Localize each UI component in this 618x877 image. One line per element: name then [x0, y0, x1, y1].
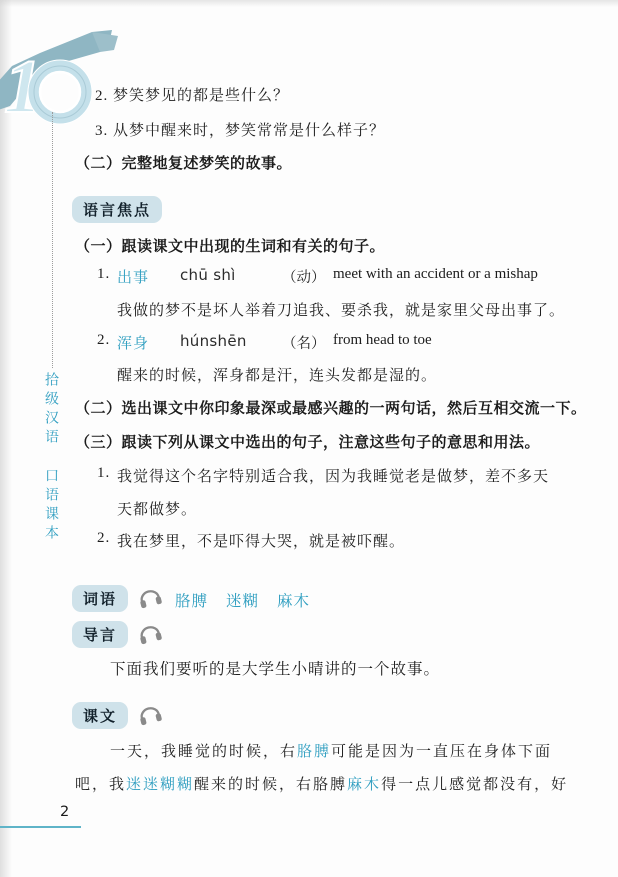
focus-sentence-1: 1. 我觉得这个名字特别适合我，因为我睡觉老是做梦，差不多天: [0, 465, 618, 487]
focus-part2-instruction: （二）选出课文中你印象最深或最感兴趣的一两句话，然后互相交流一下。: [75, 397, 587, 418]
scan-edge-left: [0, 0, 12, 877]
lesson-highlight-word: 胳膊: [297, 744, 331, 760]
focus-sentence-1-line-2: 天都做梦。: [117, 498, 197, 519]
focus-part3-instruction: （三）跟读下列从课文中选出的句子，注意这些句子的意思和用法。: [75, 431, 540, 452]
vocab-word: 出事: [117, 266, 149, 287]
sentence-line-1: 我觉得这个名字特别适合我，因为我睡觉老是做梦，差不多天: [117, 465, 549, 486]
series-name: 拾级汉语: [43, 372, 58, 448]
scan-edge-top: [0, 0, 618, 7]
section-badge-introduction: 导言: [72, 621, 128, 648]
vocab-number: 1.: [97, 266, 110, 283]
question-3: 3. 从梦中醒来时，梦笑常常是什么样子？: [95, 119, 385, 140]
chapter-number-graphic: 1: [0, 20, 124, 124]
lesson-text-segment: 醒来的时候，右胳膊: [194, 777, 347, 793]
vocab-english: meet with an accident or a mishap: [333, 266, 538, 283]
lesson-paragraph-line-1: 一天，我睡觉的时候，右胳膊可能是因为一直压在身体下面: [110, 740, 552, 761]
new-words-list: 胳膊 迷糊 麻木: [175, 589, 310, 611]
focus-sentence-2: 2. 我在梦里，不是吓得大哭，就是被吓醒。: [0, 530, 618, 552]
focus-part1-instruction: （一）跟读课文中出现的生词和有关的句子。: [75, 235, 385, 256]
lesson-paragraph-line-2: 吧，我迷迷糊糊醒来的时候，右胳膊麻木得一点儿感觉都没有，好: [75, 773, 568, 794]
vocab-entry-2: 2. 浑身 húnshēn （名） from head to toe: [0, 332, 618, 354]
audio-icon: [137, 704, 165, 731]
vocab-pinyin: chū shì: [180, 266, 236, 284]
footer-rule: [0, 826, 81, 828]
question-2: 2. 梦笑梦见的都是些什么？: [95, 84, 289, 105]
sentence-number: 2.: [97, 530, 110, 547]
vocab-example-1: 我做的梦不是坏人举着刀追我、要杀我，就是家里父母出事了。: [117, 299, 565, 320]
section-badge-language-focus: 语言焦点: [72, 196, 162, 223]
vocab-pos: （动）: [282, 266, 326, 287]
vocab-pos: （名）: [282, 332, 326, 353]
vocab-entry-1: 1. 出事 chū shì （动） meet with an accident …: [0, 266, 618, 288]
audio-icon: [137, 587, 165, 614]
new-word: 迷糊: [226, 589, 259, 611]
section-badge-words: 词语: [72, 585, 128, 612]
vocab-example-2: 醒来的时候，浑身都是汗，连头发都是湿的。: [117, 364, 437, 385]
lesson-text-segment: 得一点儿感觉都没有，好: [381, 777, 568, 793]
sentence-number: 1.: [97, 465, 110, 482]
task-part2-retell: （二）完整地复述梦笑的故事。: [75, 152, 292, 173]
audio-icon: [137, 623, 165, 650]
lesson-highlight-word: 麻木: [347, 777, 381, 793]
new-word: 麻木: [277, 589, 310, 611]
textbook-page: 1 拾级汉语口语课本 2. 梦笑梦见的都是些什么？ 3. 从梦中醒来时，梦笑常常…: [0, 0, 618, 877]
lesson-text-segment: 可能是因为一直压在身体下面: [331, 744, 552, 760]
margin-dotted-rule: [52, 112, 53, 368]
sentence-line-1: 我在梦里，不是吓得大哭，就是被吓醒。: [117, 530, 405, 551]
lesson-highlight-word: 迷迷糊糊: [126, 777, 194, 793]
page-number: 2: [60, 804, 69, 820]
vocab-word: 浑身: [117, 332, 149, 353]
new-word: 胳膊: [175, 589, 208, 611]
book-series-vertical-title: 拾级汉语口语课本: [40, 372, 60, 544]
vocab-pinyin: húnshēn: [180, 332, 247, 350]
vocab-number: 2.: [97, 332, 110, 349]
lesson-text-segment: 吧，我: [75, 777, 126, 793]
lesson-text-segment: 一天，我睡觉的时候，右: [110, 744, 297, 760]
introduction-text: 下面我们要听的是大学生小晴讲的一个故事。: [110, 657, 440, 679]
section-badge-lesson-text: 课文: [72, 702, 128, 729]
vocab-english: from head to toe: [333, 332, 432, 349]
